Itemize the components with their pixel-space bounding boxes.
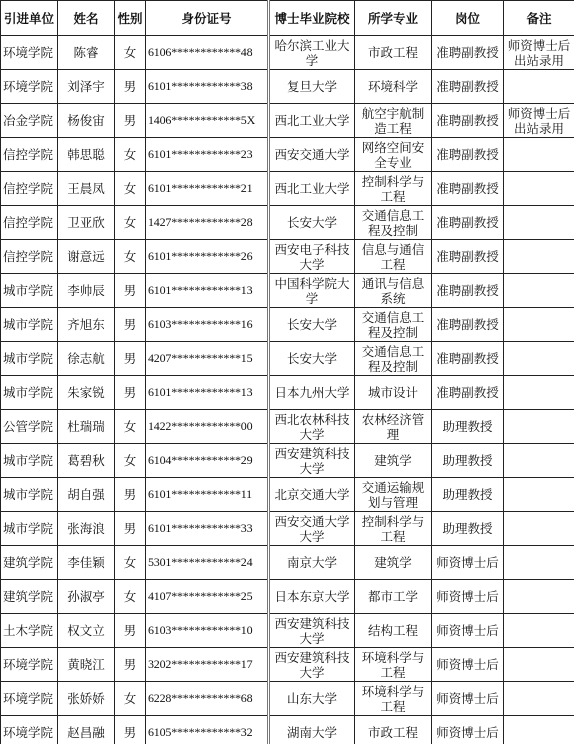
cell-post: 准聘副教授 [432,342,504,376]
cell-id-number: 6101************33 [146,512,269,546]
cell-name: 杜瑞瑞 [58,410,115,444]
table-row: 信控学院韩思聪女6101************23西安交通大学网络空间安全专业… [1,138,574,172]
cell-post: 准聘副教授 [432,70,504,104]
cell-note [504,512,574,546]
cell-note [504,138,574,172]
cell-note [504,274,574,308]
header-major: 所学专业 [355,1,432,36]
table-row: 城市学院朱家锐男6101************13日本九州大学城市设计准聘副教… [1,376,574,410]
cell-school: 西北工业大学 [269,104,355,138]
cell-unit: 信控学院 [1,172,58,206]
cell-unit: 环境学院 [1,682,58,716]
cell-post: 助理教授 [432,410,504,444]
cell-id-number: 4207************15 [146,342,269,376]
cell-post: 助理教授 [432,444,504,478]
cell-name: 葛碧秋 [58,444,115,478]
cell-sex: 女 [115,206,146,240]
table-row: 城市学院胡自强男6101************11北京交通大学交通运输规划与管… [1,478,574,512]
cell-major: 控制科学与工程 [355,172,432,206]
table-row: 建筑学院李佳颖女5301************24南京大学建筑学师资博士后 [1,546,574,580]
cell-unit: 土木学院 [1,614,58,648]
cell-post: 师资博士后 [432,682,504,716]
cell-id-number: 6105************32 [146,716,269,744]
cell-major: 通讯与信息系统 [355,274,432,308]
cell-unit: 建筑学院 [1,580,58,614]
cell-major: 网络空间安全专业 [355,138,432,172]
cell-note [504,308,574,342]
cell-unit: 城市学院 [1,274,58,308]
table-row: 环境学院赵昌融男6105************32湖南大学市政工程师资博士后 [1,716,574,744]
cell-sex: 男 [115,648,146,682]
cell-note [504,172,574,206]
cell-sex: 女 [115,240,146,274]
cell-school: 西安交通大学 [269,138,355,172]
cell-major: 控制科学与工程 [355,512,432,546]
cell-id-number: 6101************21 [146,172,269,206]
cell-name: 韩思聪 [58,138,115,172]
cell-school: 复旦大学 [269,70,355,104]
cell-sex: 女 [115,580,146,614]
header-name: 姓名 [58,1,115,36]
cell-name: 杨俊宙 [58,104,115,138]
cell-post: 准聘副教授 [432,308,504,342]
cell-note [504,546,574,580]
cell-note [504,342,574,376]
cell-sex: 男 [115,614,146,648]
cell-major: 航空宇航制造工程 [355,104,432,138]
cell-sex: 男 [115,716,146,744]
cell-sex: 男 [115,478,146,512]
table-row: 环境学院陈睿女6106************48哈尔滨工业大学市政工程准聘副教… [1,36,574,70]
cell-sex: 女 [115,138,146,172]
cell-school: 日本九州大学 [269,376,355,410]
header-sex: 性别 [115,1,146,36]
cell-name: 赵昌融 [58,716,115,744]
table-row: 城市学院李帅辰男6101************13中国科学院大学通讯与信息系统… [1,274,574,308]
cell-id-number: 6106************48 [146,36,269,70]
cell-major: 都市工学 [355,580,432,614]
cell-post: 准聘副教授 [432,172,504,206]
cell-sex: 女 [115,172,146,206]
talent-roster-table: 引进单位 姓名 性别 身份证号 博士毕业院校 所学专业 岗位 备注 环境学院陈睿… [0,0,574,744]
table-row: 冶金学院杨俊宙男1406************5X西北工业大学航空宇航制造工程… [1,104,574,138]
cell-school: 长安大学 [269,308,355,342]
cell-post: 助理教授 [432,478,504,512]
cell-note [504,376,574,410]
header-post: 岗位 [432,1,504,36]
cell-unit: 建筑学院 [1,546,58,580]
cell-name: 权文立 [58,614,115,648]
cell-id-number: 6101************23 [146,138,269,172]
cell-note [504,444,574,478]
header-row: 引进单位 姓名 性别 身份证号 博士毕业院校 所学专业 岗位 备注 [1,1,574,36]
cell-post: 准聘副教授 [432,240,504,274]
cell-school: 山东大学 [269,682,355,716]
cell-major: 交通运输规划与管理 [355,478,432,512]
cell-school: 湖南大学 [269,716,355,744]
cell-note: 师资博士后出站录用 [504,104,574,138]
cell-unit: 公管学院 [1,410,58,444]
cell-major: 交通信息工程及控制 [355,342,432,376]
cell-school: 南京大学 [269,546,355,580]
table-row: 城市学院徐志航男4207************15长安大学交通信息工程及控制准… [1,342,574,376]
cell-unit: 信控学院 [1,240,58,274]
cell-sex: 男 [115,104,146,138]
cell-id-number: 6104************29 [146,444,269,478]
cell-school: 西安建筑科技大学 [269,444,355,478]
cell-note [504,716,574,744]
header-school: 博士毕业院校 [269,1,355,36]
cell-sex: 女 [115,410,146,444]
header-id: 身份证号 [146,1,269,36]
cell-unit: 城市学院 [1,376,58,410]
cell-school: 北京交通大学 [269,478,355,512]
cell-name: 黄晓江 [58,648,115,682]
cell-major: 信息与通信工程 [355,240,432,274]
cell-major: 建筑学 [355,444,432,478]
cell-sex: 女 [115,36,146,70]
cell-note [504,614,574,648]
cell-major: 交通信息工程及控制 [355,206,432,240]
cell-post: 准聘副教授 [432,376,504,410]
cell-note [504,648,574,682]
cell-name: 胡自强 [58,478,115,512]
cell-name: 卫亚欣 [58,206,115,240]
cell-name: 朱家锐 [58,376,115,410]
cell-name: 孙淑亭 [58,580,115,614]
cell-unit: 环境学院 [1,648,58,682]
cell-post: 准聘副教授 [432,274,504,308]
cell-school: 长安大学 [269,206,355,240]
cell-major: 环境科学与工程 [355,682,432,716]
cell-sex: 女 [115,546,146,580]
cell-unit: 城市学院 [1,478,58,512]
cell-unit: 环境学院 [1,36,58,70]
cell-school: 长安大学 [269,342,355,376]
cell-unit: 城市学院 [1,342,58,376]
table-row: 建筑学院孙淑亭女4107************25日本东京大学都市工学师资博士… [1,580,574,614]
cell-unit: 信控学院 [1,138,58,172]
table-row: 信控学院谢意远女6101************26西安电子科技大学信息与通信工… [1,240,574,274]
cell-sex: 男 [115,512,146,546]
table-row: 城市学院齐旭东男6103************16长安大学交通信息工程及控制准… [1,308,574,342]
cell-post: 助理教授 [432,512,504,546]
cell-sex: 男 [115,376,146,410]
cell-name: 谢意远 [58,240,115,274]
table-row: 信控学院王晨凤女6101************21西北工业大学控制科学与工程准… [1,172,574,206]
cell-id-number: 6103************16 [146,308,269,342]
cell-post: 准聘副教授 [432,104,504,138]
cell-post: 师资博士后 [432,546,504,580]
cell-major: 环境科学 [355,70,432,104]
cell-id-number: 6101************13 [146,274,269,308]
cell-id-number: 6103************10 [146,614,269,648]
table-row: 环境学院张娇娇女6228************68山东大学环境科学与工程师资博… [1,682,574,716]
cell-sex: 女 [115,444,146,478]
cell-unit: 环境学院 [1,70,58,104]
cell-post: 准聘副教授 [432,206,504,240]
cell-sex: 男 [115,70,146,104]
cell-school: 西北工业大学 [269,172,355,206]
cell-id-number: 1427************28 [146,206,269,240]
cell-note [504,206,574,240]
cell-post: 师资博士后 [432,580,504,614]
cell-unit: 城市学院 [1,444,58,478]
cell-note [504,70,574,104]
cell-major: 市政工程 [355,36,432,70]
cell-note [504,478,574,512]
cell-sex: 男 [115,274,146,308]
header-unit: 引进单位 [1,1,58,36]
cell-post: 准聘副教授 [432,138,504,172]
cell-post: 准聘副教授 [432,36,504,70]
cell-sex: 男 [115,308,146,342]
cell-school: 西安建筑科技大学 [269,614,355,648]
table-row: 环境学院刘泽宇男6101************38复旦大学环境科学准聘副教授 [1,70,574,104]
cell-note: 师资博士后出站录用 [504,36,574,70]
cell-name: 刘泽宇 [58,70,115,104]
cell-post: 师资博士后 [432,614,504,648]
table-row: 公管学院杜瑞瑞女1422************00西北农林科技大学农林经济管理… [1,410,574,444]
cell-note [504,240,574,274]
cell-id-number: 3202************17 [146,648,269,682]
table-row: 城市学院葛碧秋女6104************29西安建筑科技大学建筑学助理教… [1,444,574,478]
cell-major: 市政工程 [355,716,432,744]
cell-id-number: 1406************5X [146,104,269,138]
cell-major: 环境科学与工程 [355,648,432,682]
cell-school: 日本东京大学 [269,580,355,614]
cell-unit: 冶金学院 [1,104,58,138]
cell-note [504,410,574,444]
cell-major: 结构工程 [355,614,432,648]
cell-school: 中国科学院大学 [269,274,355,308]
cell-post: 师资博士后 [432,648,504,682]
cell-id-number: 6101************26 [146,240,269,274]
cell-id-number: 6101************13 [146,376,269,410]
table-row: 城市学院张海浪男6101************33西安交通大学大学控制科学与工… [1,512,574,546]
cell-name: 徐志航 [58,342,115,376]
table-row: 土木学院权文立男6103************10西安建筑科技大学结构工程师资… [1,614,574,648]
cell-id-number: 4107************25 [146,580,269,614]
cell-name: 齐旭东 [58,308,115,342]
cell-unit: 环境学院 [1,716,58,744]
cell-unit: 信控学院 [1,206,58,240]
cell-id-number: 6101************38 [146,70,269,104]
table-row: 信控学院卫亚欣女1427************28长安大学交通信息工程及控制准… [1,206,574,240]
cell-school: 西安建筑科技大学 [269,648,355,682]
cell-school: 西安交通大学大学 [269,512,355,546]
cell-id-number: 1422************00 [146,410,269,444]
cell-id-number: 6228************68 [146,682,269,716]
cell-major: 交通信息工程及控制 [355,308,432,342]
header-note: 备注 [504,1,574,36]
cell-major: 建筑学 [355,546,432,580]
cell-id-number: 5301************24 [146,546,269,580]
cell-unit: 城市学院 [1,308,58,342]
cell-major: 农林经济管理 [355,410,432,444]
cell-name: 张海浪 [58,512,115,546]
cell-name: 张娇娇 [58,682,115,716]
cell-name: 李佳颖 [58,546,115,580]
cell-note [504,682,574,716]
cell-school: 西北农林科技大学 [269,410,355,444]
cell-school: 哈尔滨工业大学 [269,36,355,70]
cell-note [504,580,574,614]
cell-id-number: 6101************11 [146,478,269,512]
table-row: 环境学院黄晓江男3202************17西安建筑科技大学环境科学与工… [1,648,574,682]
table-body: 环境学院陈睿女6106************48哈尔滨工业大学市政工程准聘副教… [1,36,574,744]
cell-name: 陈睿 [58,36,115,70]
cell-unit: 城市学院 [1,512,58,546]
cell-major: 城市设计 [355,376,432,410]
cell-post: 师资博士后 [432,716,504,744]
cell-sex: 女 [115,682,146,716]
cell-name: 李帅辰 [58,274,115,308]
cell-school: 西安电子科技大学 [269,240,355,274]
cell-sex: 男 [115,342,146,376]
cell-name: 王晨凤 [58,172,115,206]
